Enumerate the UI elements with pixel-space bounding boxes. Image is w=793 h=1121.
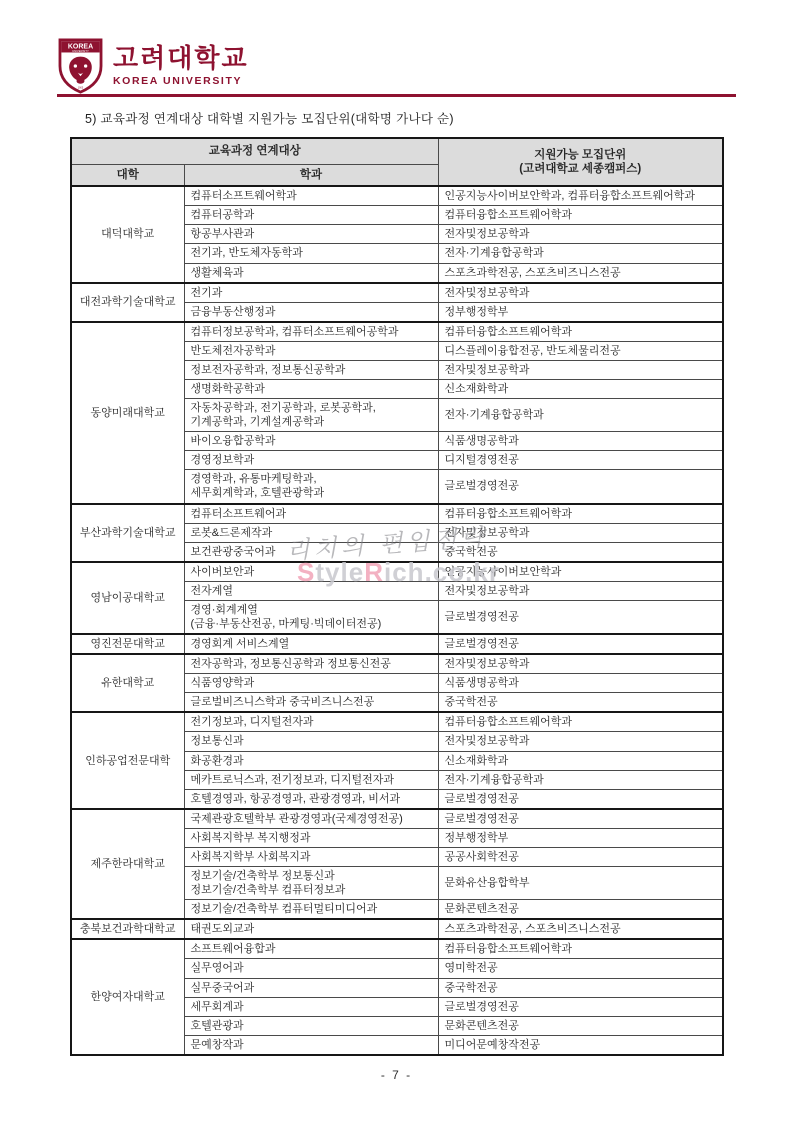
eligible-units-cell: 정부행정학부 bbox=[438, 302, 723, 322]
department-cell: 국제관광호텔학부 관광경영과(국제경영전공) bbox=[184, 809, 438, 829]
department-cell: 경영정보학과 bbox=[184, 451, 438, 470]
department-cell: 바이오융합공학과 bbox=[184, 432, 438, 451]
college-name-cell: 제주한라대학교 bbox=[71, 809, 184, 919]
college-name-cell: 부산과학기술대학교 bbox=[71, 504, 184, 562]
shield-year-text: 1905 bbox=[78, 86, 84, 89]
eligible-units-cell: 공공사회학전공 bbox=[438, 847, 723, 866]
eligible-units-cell: 전자및정보공학과 bbox=[438, 654, 723, 674]
department-cell: 컴퓨터공학과 bbox=[184, 206, 438, 225]
page-number: - 7 - bbox=[0, 1068, 793, 1082]
eligible-units-cell: 스포츠과학전공, 스포츠비즈니스전공 bbox=[438, 263, 723, 283]
college-name-cell: 동양미래대학교 bbox=[71, 322, 184, 504]
department-cell: 전자공학과, 정보통신공학과 정보통신전공 bbox=[184, 654, 438, 674]
eligible-units-cell: 글로벌경영전공 bbox=[438, 634, 723, 654]
college-name-cell: 충북보건과학대학교 bbox=[71, 919, 184, 939]
department-cell: 컴퓨터소프트웨어과 bbox=[184, 504, 438, 524]
table-row: 대전과학기술대학교전기과전자및정보공학과 bbox=[71, 283, 723, 303]
college-name-cell: 유한대학교 bbox=[71, 654, 184, 712]
eligible-units-cell: 중국학전공 bbox=[438, 693, 723, 713]
department-cell: 사회복지학부 사회복지과 bbox=[184, 847, 438, 866]
eligible-units-cell: 컴퓨터융합소프트웨어학과 bbox=[438, 504, 723, 524]
department-cell: 호텔관광과 bbox=[184, 1016, 438, 1035]
eligible-units-cell: 신소재화학과 bbox=[438, 380, 723, 399]
eligible-units-cell: 미디어문예창작전공 bbox=[438, 1035, 723, 1055]
college-name-cell: 한양여자대학교 bbox=[71, 939, 184, 1054]
eligible-units-cell: 디스플레이융합전공, 반도체물리전공 bbox=[438, 341, 723, 360]
header-eligible-units: 지원가능 모집단위 (고려대학교 세종캠퍼스) bbox=[438, 138, 723, 186]
department-cell: 메카트로닉스과, 전기정보과, 디지털전자과 bbox=[184, 770, 438, 789]
eligible-units-cell: 인공지능사이버보안학과, 컴퓨터융합소프트웨어학과 bbox=[438, 186, 723, 206]
eligible-units-cell: 문화유산융합학부 bbox=[438, 867, 723, 900]
college-name-cell: 대전과학기술대학교 bbox=[71, 283, 184, 322]
eligible-units-cell: 중국학전공 bbox=[438, 542, 723, 562]
university-name-english: KOREA UNIVERSITY bbox=[113, 75, 249, 87]
eligible-units-cell: 전자및정보공학과 bbox=[438, 732, 723, 751]
eligible-units-cell: 식품생명공학과 bbox=[438, 674, 723, 693]
eligible-units-cell: 전자·기계융합공학과 bbox=[438, 244, 723, 263]
table-header: 교육과정 연계대상 지원가능 모집단위 (고려대학교 세종캠퍼스) 대학 학과 bbox=[71, 138, 723, 186]
table-body: 대덕대학교컴퓨터소프트웨어학과인공지능사이버보안학과, 컴퓨터융합소프트웨어학과… bbox=[71, 186, 723, 1055]
table-row: 동양미래대학교컴퓨터정보공학과, 컴퓨터소프트웨어공학과컴퓨터융합소프트웨어학과 bbox=[71, 322, 723, 342]
eligible-units-cell: 전자및정보공학과 bbox=[438, 581, 723, 600]
department-cell: 생활체육과 bbox=[184, 263, 438, 283]
header-eligible-units-line1: 지원가능 모집단위 bbox=[443, 148, 719, 162]
table-row: 대덕대학교컴퓨터소프트웨어학과인공지능사이버보안학과, 컴퓨터융합소프트웨어학과 bbox=[71, 186, 723, 206]
department-cell: 항공부사관과 bbox=[184, 225, 438, 244]
department-cell: 컴퓨터정보공학과, 컴퓨터소프트웨어공학과 bbox=[184, 322, 438, 342]
header-eligible-units-line2: (고려대학교 세종캠퍼스) bbox=[443, 162, 719, 176]
department-cell: 정보통신과 bbox=[184, 732, 438, 751]
shield-university-text: UNIVERSITY bbox=[72, 49, 89, 53]
department-cell: 실무중국어과 bbox=[184, 978, 438, 997]
eligible-units-cell: 인공지능사이버보안학과 bbox=[438, 562, 723, 582]
table-row: 부산과학기술대학교컴퓨터소프트웨어과컴퓨터융합소프트웨어학과 bbox=[71, 504, 723, 524]
department-cell: 로봇&드론제작과 bbox=[184, 523, 438, 542]
college-name-cell: 영진전문대학교 bbox=[71, 634, 184, 654]
department-cell: 세무회계과 bbox=[184, 997, 438, 1016]
eligible-units-cell: 중국학전공 bbox=[438, 978, 723, 997]
eligible-units-cell: 전자및정보공학과 bbox=[438, 283, 723, 303]
eligible-units-cell: 스포츠과학전공, 스포츠비즈니스전공 bbox=[438, 919, 723, 939]
eligible-units-cell: 문화콘텐츠전공 bbox=[438, 900, 723, 920]
korea-university-logo: KOREA UNIVERSITY 1905 고려대학교 KOREA UNIVER… bbox=[57, 38, 249, 94]
department-cell: 정보기술/건축학부 정보통신과 정보기술/건축학부 컴퓨터정보과 bbox=[184, 867, 438, 900]
department-cell: 실무영어과 bbox=[184, 959, 438, 978]
table-row: 인하공업전문대학전기정보과, 디지털전자과컴퓨터융합소프트웨어학과 bbox=[71, 712, 723, 732]
department-cell: 보건관광중국어과 bbox=[184, 542, 438, 562]
table-row: 제주한라대학교국제관광호텔학부 관광경영과(국제경영전공)글로벌경영전공 bbox=[71, 809, 723, 829]
department-cell: 정보기술/건축학부 컴퓨터멀티미디어과 bbox=[184, 900, 438, 920]
college-name-cell: 인하공업전문대학 bbox=[71, 712, 184, 808]
eligible-units-cell: 전자및정보공학과 bbox=[438, 225, 723, 244]
eligible-units-cell: 디지털경영전공 bbox=[438, 451, 723, 470]
table-row: 한양여자대학교소프트웨어융합과컴퓨터융합소프트웨어학과 bbox=[71, 939, 723, 959]
eligible-units-cell: 글로벌경영전공 bbox=[438, 789, 723, 809]
department-cell: 전기정보과, 디지털전자과 bbox=[184, 712, 438, 732]
department-cell: 경영·회계계열 (금융·부동산전공, 마케팅·빅데이터전공) bbox=[184, 600, 438, 634]
document-page: KOREA UNIVERSITY 1905 고려대학교 KOREA UNIVER… bbox=[0, 0, 793, 1121]
eligible-units-cell: 식품생명공학과 bbox=[438, 432, 723, 451]
department-cell: 생명화학공학과 bbox=[184, 380, 438, 399]
college-name-cell: 영남이공대학교 bbox=[71, 562, 184, 634]
table-row: 영남이공대학교사이버보안과인공지능사이버보안학과 bbox=[71, 562, 723, 582]
eligible-units-cell: 영미학전공 bbox=[438, 959, 723, 978]
eligible-units-cell: 글로벌경영전공 bbox=[438, 470, 723, 504]
department-cell: 경영회계 서비스계열 bbox=[184, 634, 438, 654]
table-row: 충북보건과학대학교태권도외교과스포츠과학전공, 스포츠비즈니스전공 bbox=[71, 919, 723, 939]
eligible-units-cell: 정부행정학부 bbox=[438, 828, 723, 847]
eligible-units-cell: 글로벌경영전공 bbox=[438, 600, 723, 634]
department-cell: 전자계열 bbox=[184, 581, 438, 600]
college-name-cell: 대덕대학교 bbox=[71, 186, 184, 282]
header-linkage: 교육과정 연계대상 bbox=[71, 138, 438, 164]
department-cell: 화공환경과 bbox=[184, 751, 438, 770]
department-cell: 자동차공학과, 전기공학과, 로봇공학과, 기계공학과, 기계설계공학과 bbox=[184, 399, 438, 432]
table-row: 유한대학교전자공학과, 정보통신공학과 정보통신전공전자및정보공학과 bbox=[71, 654, 723, 674]
eligible-units-cell: 전자·기계융합공학과 bbox=[438, 399, 723, 432]
department-cell: 전기과, 반도체자동학과 bbox=[184, 244, 438, 263]
header-department: 학과 bbox=[184, 164, 438, 186]
department-cell: 경영학과, 유통마케팅학과, 세무회계학과, 호텔관광학과 bbox=[184, 470, 438, 504]
header-college: 대학 bbox=[71, 164, 184, 186]
section-title: 5) 교육과정 연계대상 대학별 지원가능 모집단위(대학명 가나다 순) bbox=[85, 109, 454, 127]
university-shield-icon: KOREA UNIVERSITY 1905 bbox=[57, 38, 104, 94]
eligible-units-cell: 전자및정보공학과 bbox=[438, 523, 723, 542]
department-cell: 정보전자공학과, 정보통신공학과 bbox=[184, 360, 438, 379]
department-cell: 문예창작과 bbox=[184, 1035, 438, 1055]
eligible-units-cell: 신소재화학과 bbox=[438, 751, 723, 770]
table-row: 영진전문대학교경영회계 서비스계열글로벌경영전공 bbox=[71, 634, 723, 654]
eligible-units-cell: 전자·기계융합공학과 bbox=[438, 770, 723, 789]
department-cell: 사이버보안과 bbox=[184, 562, 438, 582]
eligible-units-cell: 컴퓨터융합소프트웨어학과 bbox=[438, 939, 723, 959]
eligible-units-cell: 전자및정보공학과 bbox=[438, 360, 723, 379]
eligible-units-cell: 글로벌경영전공 bbox=[438, 997, 723, 1016]
department-cell: 식품영양학과 bbox=[184, 674, 438, 693]
department-cell: 반도체전자공학과 bbox=[184, 341, 438, 360]
eligible-units-cell: 컴퓨터융합소프트웨어학과 bbox=[438, 322, 723, 342]
header-divider-rule bbox=[57, 94, 736, 97]
department-cell: 금융부동산행정과 bbox=[184, 302, 438, 322]
department-cell: 컴퓨터소프트웨어학과 bbox=[184, 186, 438, 206]
eligible-units-cell: 컴퓨터융합소프트웨어학과 bbox=[438, 712, 723, 732]
eligible-units-cell: 컴퓨터융합소프트웨어학과 bbox=[438, 206, 723, 225]
department-cell: 소프트웨어융합과 bbox=[184, 939, 438, 959]
department-cell: 호텔경영과, 항공경영과, 관광경영과, 비서과 bbox=[184, 789, 438, 809]
department-cell: 태권도외교과 bbox=[184, 919, 438, 939]
eligible-units-cell: 문화콘텐츠전공 bbox=[438, 1016, 723, 1035]
eligible-units-cell: 글로벌경영전공 bbox=[438, 809, 723, 829]
university-name-korean: 고려대학교 bbox=[113, 45, 249, 72]
linkage-table: 교육과정 연계대상 지원가능 모집단위 (고려대학교 세종캠퍼스) 대학 학과 … bbox=[70, 137, 724, 1056]
department-cell: 전기과 bbox=[184, 283, 438, 303]
department-cell: 사회복지학부 복지행정과 bbox=[184, 828, 438, 847]
department-cell: 글로벌비즈니스학과 중국비즈니스전공 bbox=[184, 693, 438, 713]
